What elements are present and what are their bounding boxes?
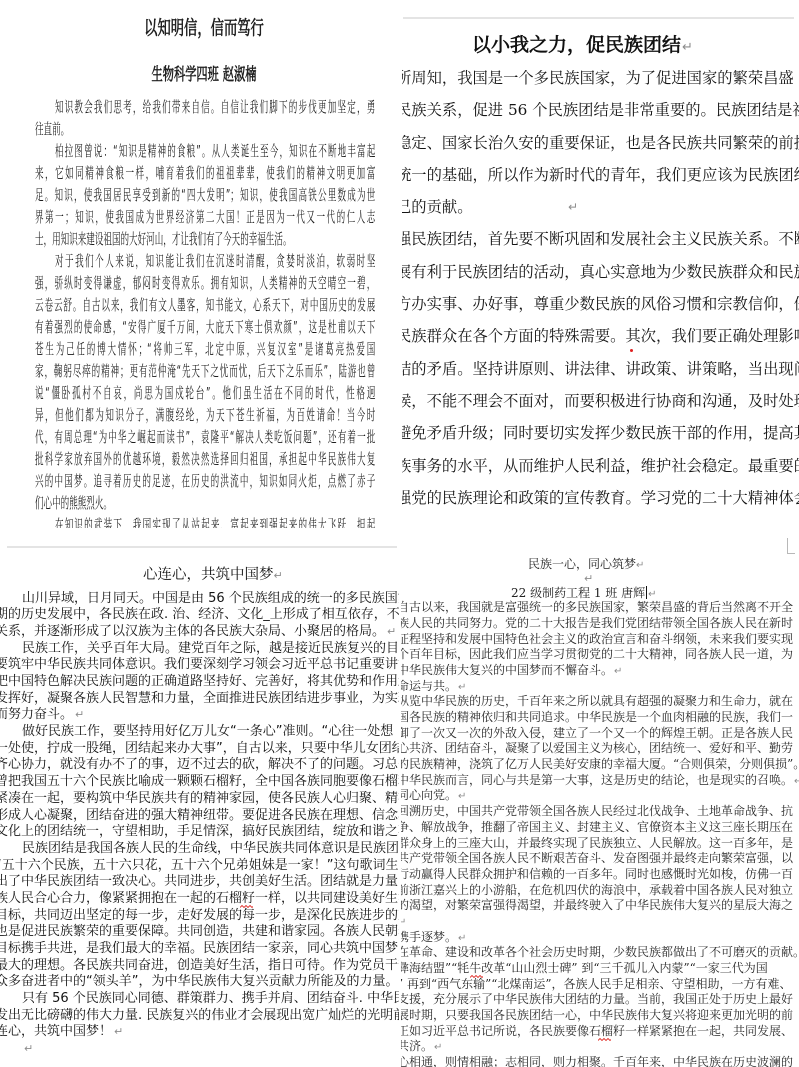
text-line: 心共济、团结奋斗，凝聚了以爱国主义为核心，团结统一、爱好和平、勤劳 (401, 741, 799, 757)
paragraph-mark-icon: ↵ (458, 682, 466, 693)
text-line: 柏拉图曾说：“知识是精神的食粮”。从人类诞生至今，知识在不断地丰富起 (35, 140, 375, 162)
title-text: 心连心，共筑中国梦 (143, 567, 274, 583)
text-line: 出了中华民族团结一致决心。共同进步，共创美好生活。团结就是力量， (0, 874, 399, 891)
line-text: 共济。 (401, 1039, 433, 1053)
document-panel-top-right: 以小我之力，促民族团结↵ 所周知，我国是一个多民族国家，为了促进国家的繁荣昌盛 … (402, 0, 799, 536)
text-line: 来，它如同精神食粮一样，哺育着我们的祖祖辈辈，使我们的精神文明更加富 (35, 162, 375, 184)
paragraph-mark-icon: ↵ (568, 191, 578, 223)
document-title: 以小我之力，促民族团结↵ (472, 33, 693, 60)
text-line: 彝海结盟”“牦牛改革“山山烈士碑” 到“三千孤儿入内蒙”“一家三代为国 (401, 961, 799, 977)
text-line: 知识教会我们思考，给我们带来自信。自信让我们脚下的步伐更加坚定，勇 (35, 96, 375, 118)
text-line: 只有 56 个民族同心同德、群策群力、携手并肩、团结奋斗. 中华民族 (0, 991, 399, 1008)
paragraph-mark-icon: ↵ (794, 776, 799, 787)
document-body: 山川异域，日月同天。中国是由 56 个民族组成的统一的多民族国家 期的历史发展中… (0, 591, 399, 1058)
line-text: 关系，并逐渐形成了以汉族为主体的各民族大杂局、小聚居的格局。 (0, 624, 385, 639)
document-title: 心连心，共筑中国梦↵ (143, 564, 283, 587)
text-line: 要筑牢中华民族共同体意识。我们要深刻学习领会习近平总书记重要讲话 (0, 657, 399, 674)
paragraph-mark-icon: ↵ (458, 933, 466, 944)
text-line: 苍生为己任的博大情怀；“将帅三军，北定中原，兴复汉室”是诸葛亮热爱国 (35, 338, 375, 360)
text-line: 士，用知识来建设祖国的大好河山，才让我们有了今天的幸福生活。 (35, 228, 375, 250)
line-text: 命运与共。 (401, 679, 457, 693)
empty-paragraph: ↵ (401, 914, 799, 930)
page-divider (7, 546, 397, 548)
text-line: 最大的理想。各民族共同奋进，创造美好生活，指日可待。作为党员干部 (0, 958, 399, 975)
text-line: 民族关系，促进 56 个民族团结是非常重要的。民族团结是社 (402, 94, 799, 126)
paragraph-mark-icon: ↵ (401, 917, 406, 928)
text-line: 的民族精神，浇筑了亿万人民美好安康的幸福大厦。“合则俱荣，分则俱损”。 (401, 757, 799, 773)
text-line: 支援，充分展示了中华民族伟大团结的力量。当前，我国正处于历史上最好 (401, 992, 799, 1008)
text-line: 争、解放战争，推翻了帝国主义、封建主义、官僚资本主义这三座长期压在 (401, 820, 799, 836)
text-line: 对于我们个人来说，知识能让我们在沉迷时清醒，贪婪时淡泊，软弱时坚 (35, 250, 375, 272)
line-text: 连心，共筑中国梦！ (0, 1024, 112, 1039)
text-line: 形成人心凝聚，团结奋进的强大精神纽带。要促进各民族在理想、信念、 (0, 808, 399, 825)
text-line: 云卷云舒。自古以来，我们有文人墨客，知书能文，心系天下，对中国历史的发展 (35, 294, 375, 316)
text-line: 目标携手共进，是我们最大的幸福。民族团结一家亲，同心共筑中国梦， (0, 941, 399, 958)
text-line: 文化上的团结统一，守望相助，手足情深，搞好民族团结，绽放和谐之花 (0, 824, 399, 841)
paragraph-mark-icon: ↵ (682, 40, 693, 55)
paragraph-mark-icon: ↵ (114, 1025, 123, 1038)
text-line: 众多奋进者中的“领头羊”，为中华民族伟大复兴贡献力所能及的力量。 (0, 974, 399, 991)
text-line: 民族群众在各个方面的特殊需要。其次，我们要正确处理影响 (402, 320, 799, 352)
text-line: 们心中的熊熊烈火。 (35, 492, 375, 514)
text-line: 族人民的共同努力。党的二十大报告是我们党团结带领全国各族人民在新时 (401, 616, 799, 632)
document-panel-top-left: 以知明信，信而笃行 生物科学四班 赵淑楠 知识教会我们思考，给我们带来自信。自信… (0, 0, 397, 552)
author-text: 22 级制药工程 1 班 唐辉 (511, 586, 645, 600)
text-line: 异，但他们都为知识分子，满腹经纶，为天下苍生祈福，为百姓请命！当今时 (35, 404, 375, 426)
text-line: 强，骄纵时变得谦虚，郁闷时变得欢乐。拥有知识，人类精神的天空晴空一碧， (35, 272, 375, 294)
line-text: 中华民族而言，同心与共是第一大事，这是历史的结论，也是现实的召唤。 (401, 773, 793, 787)
document-body: 自古以来，我国就是富强统一的多民族国家，繁荣昌盛的背后当然离不开全 族人民的共同… (401, 600, 799, 1067)
paragraph-mark-icon: ↵ (75, 708, 84, 721)
text-line: 民族团结是我国各族人民的生命线，中华民族共同体意识是民族团结 (0, 841, 399, 858)
paragraph-mark-icon: ↵ (24, 1042, 33, 1055)
text-line: 候，不能不理会不面对，而要积极进行协商和沟通，及时处理 (402, 385, 799, 417)
paragraph-mark-icon: ↵ (584, 572, 593, 585)
title-text: 以小我之力，促民族团结 (472, 34, 681, 56)
text-line: 把中国特色解决民族问题的正确道路坚持好、完善好，将其优势和作用进 (0, 674, 399, 691)
text-line: 有着强烈的使命感，“安得广厦千万间，大庇天下寒士俱欢颜”，这是杜甫以天下 (35, 316, 375, 338)
text-line: 御了一次又一次的外敌入侵，建立了一个又一个的辉煌王朝。正是各族人民 (401, 726, 799, 742)
text-line: 同心向党。↵ (401, 788, 799, 804)
title-text: 民族一心，同心筑梦 (528, 557, 636, 571)
text-line: 中华民族而言，同心与共是第一大事，这是历史的结论，也是现实的召唤。↵ (401, 773, 799, 789)
text-line: 齐心协力，就没有办不了的事，迈不过去的砍，解决不了的问题。习总书 (0, 757, 399, 774)
text-line: 代，有周总理“为中华之崛起而读书”，袁隆平“解决人类吃饭问题”，还有着一批 (35, 426, 375, 448)
text-line: 曾把我国五十六个民族比喻成一颗颗石榴籽，全中国各族同胞要像石榴籽 (0, 774, 399, 791)
text-line: “五十六个民族，五十六只花，五十六个兄弟姐妹是一家！”这句歌词生 (0, 858, 399, 875)
text-line: 界第一；知识，使我国成为世界经济第二大国！正是因为一代又一代的仁人志 (35, 206, 375, 228)
text-line: 稳定、国家长治久安的重要保证，也是各民族共同繁荣的前提 (402, 127, 799, 159)
paragraph-mark-icon: ↵ (387, 625, 396, 638)
text-line: 强党的民族理论和政策的宣传教育。学习党的二十大精神体会 (402, 482, 799, 514)
document-body: 所周知，我国是一个多民族国家，为了促进国家的繁荣昌盛 民族关系，促进 56 个民… (402, 62, 799, 514)
page-corner-mark (787, 538, 795, 554)
line-text: 而努力奋斗。 (0, 707, 73, 722)
text-line: 目标，共同迈出坚定的每一步，走好发展的每一步，是深化民族进步的重要 (0, 908, 399, 925)
document-body: 知识教会我们思考，给我们带来自信。自信让我们脚下的步伐更加坚定，勇 往直前。 柏… (35, 96, 375, 528)
text-line: 期的历史发展中，各民族在政. 治、经济、文化_上形成了相互依存，不可 (0, 607, 399, 624)
spellcheck-underline (470, 975, 483, 978)
text-line: 前浙江嘉兴上的小游船，在危机四伏的海浪中，承载着中国各族人民对独立 (401, 883, 799, 899)
text-line: 共产党带领全国各族人民不断艰苦奋斗、发奋图强并最终走向繁荣富强，以 (401, 851, 799, 867)
text-line: 心相通，则情相融；志相同，则力相聚。千百年来，中华民族在历史波澜的 (401, 1055, 799, 1067)
paragraph-mark-icon: ↵ (636, 560, 644, 571)
text-line: 在知识的武装下，我国实现了从站起来、富起来到强起来的伟大飞跃，担起 (35, 514, 375, 528)
text-line: 的渴望，对繁荣富强得渴望，并最终驶入了中华民族伟大复兴的星辰大海之 (401, 898, 799, 914)
text-line: 展有利于民族团结的活动，真心实意地为少数民族群众和民族 (402, 256, 799, 288)
text-line: 展时期，只要我国各民族团结一心，中华民族伟大复兴将迎来更加光明的前 (401, 1008, 799, 1024)
text-line: 己的贡献。↵ (402, 191, 799, 223)
spellcheck-underline (240, 905, 253, 908)
text-line: ” 再到“西气东输”“北煤南运”，各族人民手足相亲、守望相助，一方有难、 (401, 977, 799, 993)
text-line: 中华民族伟大复兴的中国梦而不懈奋斗。↵ (401, 663, 799, 679)
text-line: 关系，并逐渐形成了以汉族为主体的各民族大杂局、小聚居的格局。↵ (0, 624, 399, 641)
text-line: 纵览中华民族的历史，千百年来之所以就具有超强的凝聚力和生命力，就在 (401, 694, 799, 710)
paragraph-mark-icon: ↵ (434, 1042, 442, 1053)
text-line: 共济。↵ (401, 1039, 799, 1055)
text-line: 强民族团结，首先要不断巩固和发展社会主义民族关系。不断 (402, 223, 799, 255)
text-line: 批科学家放弃国外的优越环境，毅然决然选择回归祖国，承担起中华民族伟大复 (35, 448, 375, 470)
text-line: 族人民合心合力，像紧紧拥抱在一起的石榴籽一样，以共同建设美好生活 (0, 891, 399, 908)
text-line: 方办实事、办好事，尊重少数民族的风俗习惯和宗教信仰，保 (402, 288, 799, 320)
text-line: 自古以来，我国就是富强统一的多民族国家，繁荣昌盛的背后当然离不开全 (401, 600, 799, 616)
text-line: 命运与共。↵ (401, 679, 799, 695)
paragraph-mark-icon: ↵ (274, 569, 283, 582)
text-line: 而努力奋斗。↵ (0, 707, 399, 724)
text-line: 统一的基础，所以作为新时代的青年，我们更应该为民族团结 (402, 159, 799, 191)
text-line: 发出无比磅礴的伟大力量. 民族复兴的伟业才会展现出宽广灿烂的光明前 (0, 1008, 399, 1025)
text-line: 兴的中国梦。追寻着历史的足迹，在历史的洪流中，知识如同火炬，点燃了赤子 (35, 470, 375, 492)
text-line: 结的矛盾。坚持讲原则、讲法律、讲政策、讲策略，当出现问 (402, 353, 799, 385)
text-line: 在革命、建设和改革各个社会历史时期，少数民族都做出了不可磨灭的贡献。 (401, 945, 799, 961)
text-line: 山川异域，日月同天。中国是由 56 个民族组成的统一的多民族国家 (0, 591, 399, 608)
document-author: 生物科学四班 赵淑楠 (69, 63, 338, 87)
text-line: 群众身上的三座大山，并最终实现了民族独立、人民解放。这一百多年，是 (401, 836, 799, 852)
text-line: 回溯历史，中国共产党带领全国各族人民经过北伐战争、土地革命战争、抗 (401, 804, 799, 820)
text-line: 避免矛盾升级；同时要切实发挥少数民族干部的作用，提高其 (402, 417, 799, 449)
text-line: 国各民族的精神依归和共同追求。中华民族是一个血肉相融的民族，我们一 (401, 710, 799, 726)
text-line: 族事务的水平，从而维护人民利益，维护社会稳定。最重要的 (402, 450, 799, 482)
paragraph-mark-icon: ↵ (458, 791, 466, 802)
page-top-edge (403, 17, 794, 19)
text-line: 也是促进民族繁荣的重要保障。共同创造，共建和谐家园。各族人民朝着 (0, 924, 399, 941)
text-line: 携手逐梦。↵ (401, 930, 799, 946)
text-line: 足。知识，使我国居民享受到新的“四大发明”；知识，使我国高铁公里数成为世 (35, 184, 375, 206)
document-panel-bottom-left: 心连心，共筑中国梦↵ 山川异域，日月同天。中国是由 56 个民族组成的统一的多民… (0, 550, 399, 1067)
document-title: 以知明信，信而笃行 (61, 16, 347, 40)
document-panel-bottom-right: 民族一心，同心筑梦↵ ↵ 22 级制药工程 1 班 唐辉↵ 自古以来，我国就是富… (401, 536, 799, 1067)
text-line: 连心，共筑中国梦！↵ (0, 1024, 399, 1041)
line-text: 携手逐梦。 (401, 930, 457, 944)
text-line: 一处使，拧成一股绳，团结起来办大事”，自古以来，只要中华儿女团结 (0, 741, 399, 758)
text-line: 家，鞠躬尽瘁的精神；更有范仲淹“先天下之忧而忧，后天下之乐而乐”，陆游也曾 (35, 360, 375, 382)
text-line: 做好民族工作，要坚持用好亿万儿女“一条心”准则。“心往一处想 (0, 724, 399, 741)
text-line: 征程坚持和发展中国特色社会主义的政治宣言和奋斗纲领，未来我们要实现 (401, 632, 799, 648)
text-line: 说“僵卧孤村不自哀，尚思为国戍轮台”。他们虽生活在不同的时代，性格迥 (35, 382, 375, 404)
ink-mark-dot (630, 349, 633, 352)
line-text: 己的贡献。 (402, 198, 473, 216)
text-line: 民族工作，关乎百年大局。建党百年之际，越是接近民族复兴的目标 (0, 641, 399, 658)
text-line: 紧凑在一起，要构筑中华民族共有的精神家园，使各民族人心归聚、精神 (0, 791, 399, 808)
line-text: 同心向党。 (401, 788, 457, 802)
empty-paragraph: ↵ (0, 1041, 399, 1058)
text-line: 发挥好，凝聚各族人民智慧和力量，全面推进民族团结进步事业，为实现 (0, 691, 399, 708)
spellcheck-underline (598, 1038, 611, 1041)
text-line: 所周知，我国是一个多民族国家，为了促进国家的繁荣昌盛 (402, 62, 799, 94)
text-line: 行动赢得人民群众拥护和信赖的一百多年。同时也感慨时光如梭，仿佛一百 (401, 867, 799, 883)
paragraph-mark-icon: ↵ (648, 589, 656, 600)
text-line: 往直前。 (35, 118, 375, 140)
paragraph-mark-icon: ↵ (614, 666, 622, 677)
line-text: 中华民族伟大复兴的中国梦而不懈奋斗。 (401, 663, 613, 677)
text-line: 个百年目标，因此我们应当学习贯彻党的二十大精神，同各族人民一道，为 (401, 647, 799, 663)
